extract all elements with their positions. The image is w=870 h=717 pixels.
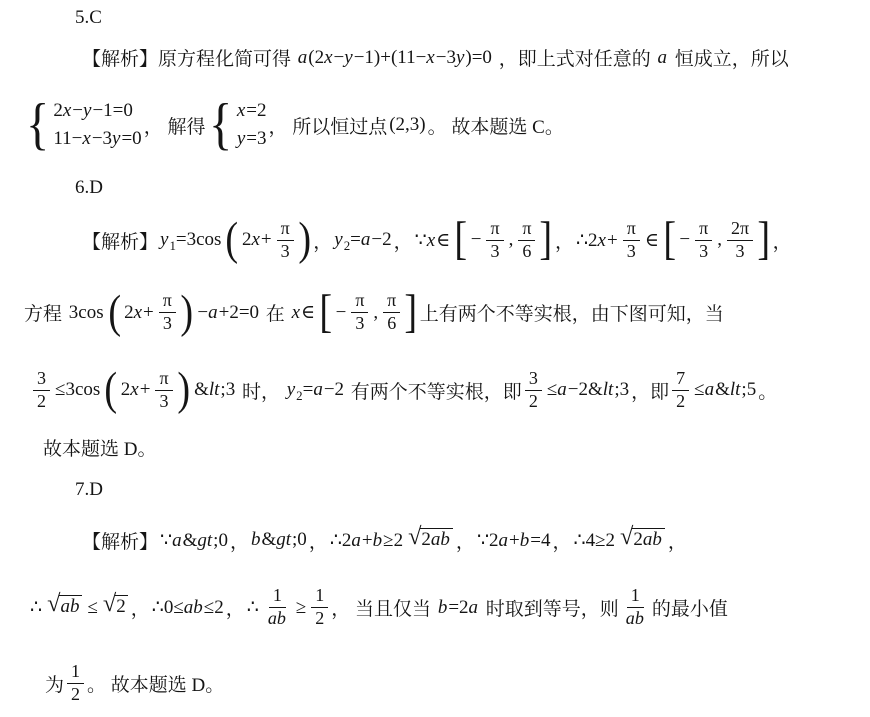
fraction-numerator: π xyxy=(155,368,172,391)
radical-sign: √ xyxy=(47,592,60,616)
fraction: 32 xyxy=(525,368,542,412)
math-run: ∈ xyxy=(645,229,659,252)
text-run: 时， xyxy=(237,377,285,404)
fraction: π3 xyxy=(695,218,712,262)
fraction-numerator: π xyxy=(695,218,712,241)
text-run: ， xyxy=(313,227,332,254)
equation-system: {x=2y=3 xyxy=(207,97,266,154)
text-run: 上有两个不等实根，由下图可知，当 xyxy=(420,299,724,326)
text-run: 【解析】 xyxy=(82,227,158,254)
math-run: b=2a xyxy=(438,597,479,619)
solution-7-line-2: ∴√ab≤√2，∴0≤ab≤2，∴1ab≥12， 当且仅当 b=2a 时取到等号… xyxy=(0,565,870,650)
fraction-numerator: π xyxy=(383,290,400,313)
math-run: &lt;3 xyxy=(194,379,235,401)
document-body: 5.C【解析】原方程化简可得 a(2x−y−1)+(11−x−3y)=0 ，即上… xyxy=(0,0,870,717)
text-run: ，即上式对任意的 xyxy=(494,44,656,71)
radicand: 2ab xyxy=(420,528,453,551)
math-run: −a+2=0 xyxy=(197,302,259,324)
fraction-denominator: ab xyxy=(264,608,291,630)
square-root: √2ab xyxy=(408,528,453,552)
close-delimiter: ] xyxy=(758,219,771,261)
fraction-denominator: 3 xyxy=(159,313,176,335)
fraction: π3 xyxy=(623,218,640,262)
solution-6-line-1: 【解析】y1=3cos(2x+π3)，y2=a−2，∵x∈[−π3,π6]，∴2… xyxy=(0,205,870,275)
fraction: 32 xyxy=(33,368,50,412)
answer-label-5: 5.C xyxy=(0,0,870,35)
fraction-denominator: 6 xyxy=(518,241,535,263)
text-run: ， xyxy=(230,527,249,554)
open-delimiter: ( xyxy=(108,292,121,334)
math-run: , xyxy=(373,302,378,324)
text-run: 【解析】原方程化简可得 xyxy=(82,44,296,71)
text-run: ， 所以恒过点 xyxy=(268,112,387,139)
fraction-denominator: 3 xyxy=(277,241,294,263)
fraction-numerator: 1 xyxy=(67,661,84,684)
text-run: 故本题选 D。 xyxy=(43,434,156,461)
open-delimiter: [ xyxy=(455,219,468,261)
math-run: y2=a−2 xyxy=(287,379,344,401)
math-run: b&gt;0 xyxy=(251,529,307,551)
fraction-denominator: ab xyxy=(622,608,649,630)
radical-sign: √ xyxy=(103,592,116,616)
fraction-numerator: 1 xyxy=(269,585,286,608)
math-run: ∴0≤ab≤2 xyxy=(152,596,224,619)
system-row: y=3 xyxy=(237,125,267,154)
radical-sign: √ xyxy=(408,525,421,549)
text-run: 恒成立，所以 xyxy=(670,44,789,71)
radical-sign: √ xyxy=(620,525,633,549)
fraction: π3 xyxy=(486,218,503,262)
math-run: ≥ xyxy=(296,597,306,619)
text-run: ， xyxy=(394,227,413,254)
bracket-group: (2x+π3) xyxy=(107,290,195,334)
fraction-denominator: 2 xyxy=(33,391,50,413)
text-run: 时取到等号，则 xyxy=(481,594,619,621)
solution-6-line-3: 32≤3cos(2x+π3)&lt;3 时， y2=a−2 有两个不等实根，即3… xyxy=(0,350,870,430)
solution-7-line-3: 为12。 故本题选 D。 xyxy=(0,650,870,717)
radicand: 2ab xyxy=(632,528,665,551)
equation-system: {2x−y−1=011−x−3y=0 xyxy=(24,97,142,154)
fraction: π6 xyxy=(383,290,400,334)
fraction: π3 xyxy=(159,290,176,334)
text-run: 6.D xyxy=(75,177,103,199)
math-run: ∵2a+b=4 xyxy=(477,529,551,552)
open-delimiter: ( xyxy=(226,219,239,261)
fraction: π3 xyxy=(277,218,294,262)
text-run: ， 解得 xyxy=(144,112,206,139)
math-run: 2x+ xyxy=(121,379,151,401)
text-run: 有两个不等实根，即 xyxy=(346,377,522,404)
document-page: 5.C【解析】原方程化简可得 a(2x−y−1)+(11−x−3y)=0 ，即上… xyxy=(0,0,870,717)
fraction: π3 xyxy=(351,290,368,334)
text-run: ， 当且仅当 xyxy=(331,594,436,621)
fraction-denominator: 3 xyxy=(487,241,504,263)
system-row: 2x−y−1=0 xyxy=(53,97,133,126)
text-run: ，即 xyxy=(631,377,669,404)
open-delimiter: [ xyxy=(663,219,676,261)
bracket-group: [−π3,2π3] xyxy=(662,218,772,262)
math-run: ∴2x+ xyxy=(576,229,618,252)
fraction-numerator: π xyxy=(623,218,640,241)
fraction-denominator: 2 xyxy=(67,684,84,706)
fraction-numerator: π xyxy=(518,218,535,241)
fraction-denominator: 2 xyxy=(525,391,542,413)
system-row: x=2 xyxy=(237,97,267,126)
text-run: 的最小值 xyxy=(652,594,728,621)
text-run: 5.C xyxy=(75,7,102,29)
text-run: 在 xyxy=(261,299,290,326)
math-run: a(2x−y−1)+(11−x−3y)=0 xyxy=(298,47,492,69)
radicand: 2 xyxy=(115,595,128,618)
system-row: 11−x−3y=0 xyxy=(53,125,141,154)
bracket-group: (2x+π3) xyxy=(224,218,312,262)
close-delimiter: ] xyxy=(540,219,553,261)
bracket-group: [−π3,π6] xyxy=(453,218,554,262)
square-root: √2ab xyxy=(620,528,665,552)
close-delimiter: ) xyxy=(177,369,190,411)
text-run: ， xyxy=(552,527,571,554)
fraction: 2π3 xyxy=(727,218,753,262)
fraction: 12 xyxy=(311,585,328,629)
math-run: 3cos xyxy=(69,302,104,324)
fraction-numerator: 2π xyxy=(727,218,753,241)
math-run: , xyxy=(509,229,514,251)
open-delimiter: ( xyxy=(105,369,118,411)
fraction-denominator: 3 xyxy=(351,313,368,335)
close-delimiter: ) xyxy=(180,292,193,334)
text-run: ， xyxy=(456,527,475,554)
math-run: ∴2a+b≥2 xyxy=(330,529,403,552)
answer-label-7: 7.D xyxy=(0,465,870,515)
text-run: ， xyxy=(131,594,150,621)
text-run: ， xyxy=(226,594,245,621)
math-run: ≤3cos xyxy=(55,379,100,401)
fraction: π3 xyxy=(155,368,172,412)
fraction: 72 xyxy=(672,368,689,412)
solution-6-line-2: 方程 3cos(2x+π3)−a+2=0 在 x∈[−π3,π6]上有两个不等实… xyxy=(0,275,870,350)
left-brace: { xyxy=(26,101,49,149)
text-run: ， xyxy=(309,527,328,554)
math-run: ∴4≥2 xyxy=(573,529,615,552)
math-run: ≤a&lt;5 xyxy=(694,379,756,401)
text-run: ， xyxy=(668,527,687,554)
fraction-denominator: 6 xyxy=(383,313,400,335)
bracket-group: (2x+π3) xyxy=(103,368,191,412)
solution-7-line-1: 【解析】∵a&gt;0，b&gt;0，∴2a+b≥2√2ab，∵2a+b=4，∴… xyxy=(0,515,870,565)
fraction-numerator: π xyxy=(159,290,176,313)
math-run: ∵x∈ xyxy=(415,229,451,252)
fraction-numerator: π xyxy=(486,218,503,241)
fraction: π6 xyxy=(518,218,535,262)
text-run: 。 xyxy=(758,377,777,404)
open-delimiter: [ xyxy=(319,292,332,334)
math-run: 2x+ xyxy=(242,229,272,251)
fraction-denominator: 2 xyxy=(672,391,689,413)
fraction-numerator: 7 xyxy=(672,368,689,391)
close-delimiter: ] xyxy=(405,292,418,334)
close-delimiter: ) xyxy=(298,219,311,261)
solution-5-line-2: {2x−y−1=011−x−3y=0， 解得{x=2y=3， 所以恒过点(2,3… xyxy=(0,80,870,170)
text-run: ， xyxy=(555,227,574,254)
math-run: ≤a−2&lt;3 xyxy=(547,379,629,401)
fraction-numerator: 3 xyxy=(33,368,50,391)
solution-5-line-1: 【解析】原方程化简可得 a(2x−y−1)+(11−x−3y)=0 ，即上式对任… xyxy=(0,35,870,80)
fraction-numerator: 1 xyxy=(627,585,644,608)
fraction: 1ab xyxy=(264,585,291,629)
text-run: ， xyxy=(773,227,792,254)
fraction-denominator: 2 xyxy=(311,608,328,630)
square-root: √ab xyxy=(47,595,82,619)
text-run: 。 故本题选 D。 xyxy=(87,670,224,697)
math-run: ∴ xyxy=(247,596,259,619)
radicand: ab xyxy=(59,595,82,618)
fraction-numerator: π xyxy=(351,290,368,313)
math-run: − xyxy=(679,229,690,251)
solution-6-line-4: 故本题选 D。 xyxy=(0,430,870,465)
left-brace: { xyxy=(210,101,233,149)
math-run: a xyxy=(657,47,668,69)
math-run: − xyxy=(336,302,347,324)
math-run: ≤ xyxy=(87,597,97,619)
fraction-denominator: 3 xyxy=(156,391,173,413)
math-run: , xyxy=(717,229,722,251)
fraction-numerator: π xyxy=(277,218,294,241)
text-run: 方程 xyxy=(24,299,67,326)
math-run: y2=a−2 xyxy=(334,229,391,251)
math-run: x∈ xyxy=(292,301,316,324)
text-run: 【解析】 xyxy=(82,527,158,554)
bracket-group: [−π3,π6] xyxy=(318,290,419,334)
math-run: − xyxy=(471,229,482,251)
math-run: y1=3cos xyxy=(160,229,221,251)
fraction-numerator: 1 xyxy=(311,585,328,608)
answer-label-6: 6.D xyxy=(0,170,870,205)
math-run: ∵a&gt;0 xyxy=(160,529,228,552)
math-run: (2,3) xyxy=(389,114,425,136)
fraction-denominator: 3 xyxy=(732,241,749,263)
fraction: 1ab xyxy=(622,585,649,629)
fraction-numerator: 3 xyxy=(525,368,542,391)
math-run: ∴ xyxy=(30,596,42,619)
math-run: 2x+ xyxy=(124,302,154,324)
fraction-denominator: 3 xyxy=(623,241,640,263)
fraction-denominator: 3 xyxy=(695,241,712,263)
text-run: 。 故本题选 C。 xyxy=(428,112,564,139)
text-run: 为 xyxy=(45,670,64,697)
square-root: √2 xyxy=(103,595,128,619)
fraction: 12 xyxy=(67,661,84,705)
text-run: 7.D xyxy=(75,479,103,501)
